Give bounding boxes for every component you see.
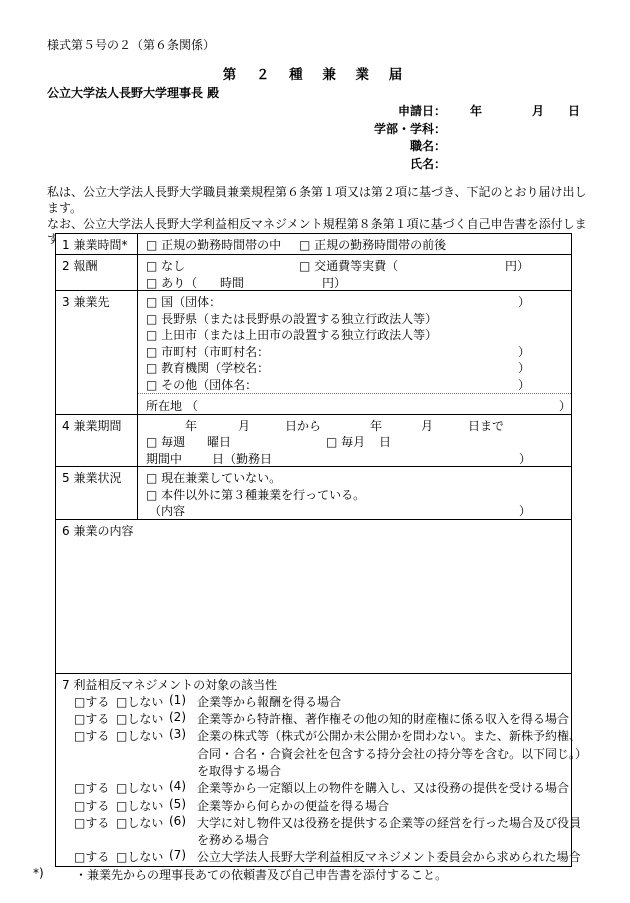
form-number: 様式第５号の２（第６条関係） bbox=[47, 36, 215, 53]
checkbox-option[interactable]: □しない bbox=[116, 814, 163, 831]
form-line: □ その他（団体名：） bbox=[138, 376, 571, 393]
table-row-4: 4 兼業期間年月日から年月日まで□ 毎週曜日□ 毎月日期間中日（勤務日） bbox=[56, 414, 571, 467]
text-segment: ） bbox=[519, 450, 531, 467]
checkbox-option[interactable]: □ 交通費等実費（ bbox=[299, 257, 398, 274]
text-segment: ） bbox=[518, 359, 530, 376]
row-content: □ 国（団体：）□ 長野県（または長野県の設置する独立行政法人等）□ 上田市（ま… bbox=[138, 291, 571, 414]
row-label: 3 兼業先 bbox=[56, 291, 138, 414]
form-line: □ 毎週曜日□ 毎月日 bbox=[138, 433, 571, 450]
checkbox-option[interactable]: □しない bbox=[116, 727, 163, 744]
checkbox-option[interactable]: □しない bbox=[116, 848, 163, 865]
checkbox-option[interactable]: □しない bbox=[116, 710, 163, 727]
checkbox-option[interactable]: □ 正規の勤務時間帯の前後 bbox=[299, 236, 446, 253]
row-content: □ 正規の勤務時間帯の中□ 正規の勤務時間帯の前後 bbox=[138, 234, 571, 254]
row-content: 7 利益相反マネジメントの対象の該当性□する□しない(1)企業等から報酬を得る場… bbox=[56, 674, 571, 866]
text-segment: 年 bbox=[370, 417, 382, 434]
text-segment: 公立大学法人長野大学利益相反マネジメント委員会から求められた場合 bbox=[197, 848, 581, 865]
text-segment: (4) bbox=[169, 779, 186, 793]
form-line: 年月日から年月日まで bbox=[138, 417, 571, 434]
text-segment: 年 bbox=[185, 417, 197, 434]
checkbox-option[interactable]: □ あり（ bbox=[146, 274, 197, 291]
text-segment: ） bbox=[518, 293, 530, 310]
form-line: 期間中日（勤務日） bbox=[138, 450, 571, 467]
form-line: □する□しない(3)企業の株式等（株式が公開か未公開かを問わない。また、新株予約… bbox=[56, 727, 571, 744]
text-segment: を取得する場合 bbox=[197, 762, 281, 779]
checkbox-option[interactable]: □しない bbox=[116, 797, 163, 814]
form-line: □する□しない(4)企業等から一定額以上の物件を購入し、又は役務の提供を受ける場… bbox=[56, 779, 571, 796]
text-segment: (1) bbox=[169, 693, 186, 707]
text-segment: 企業等から特許権、著作権その他の知的財産権に係る収入を得る場合 bbox=[197, 710, 569, 727]
addressee: 公立大学法人長野大学理事長 殿 bbox=[47, 84, 219, 101]
table-row-3: 3 兼業先□ 国（団体：）□ 長野県（または長野県の設置する独立行政法人等）□ … bbox=[56, 290, 571, 414]
form-line: □ なし□ 交通費等実費（円） bbox=[138, 257, 571, 274]
form-line: 合同・合名・合資会社を包含する持分会社の持分等を含む。以下同じ。） bbox=[56, 745, 571, 762]
checkbox-option[interactable]: □ 毎月 bbox=[326, 433, 365, 450]
checkbox-option[interactable]: □ 上田市（または上田市の設置する独立行政法人等） bbox=[146, 326, 437, 343]
date-year-label: 年 bbox=[470, 102, 482, 119]
form-line: □する□しない(6)大学に対し物件又は役務を提供する企業等の経営を行った場合及び… bbox=[56, 814, 571, 831]
text-segment: 日から bbox=[285, 417, 321, 434]
text-segment: ） bbox=[518, 343, 530, 360]
table-row-5: 5 兼業状況□ 現在兼業していない。□ 本件以外に第３種兼業を行っている。（内容… bbox=[56, 466, 571, 519]
text-segment: 大学に対し物件又は役務を提供する企業等の経営を行った場合及び役員 bbox=[197, 814, 581, 831]
row-content: 6 兼業の内容 bbox=[56, 520, 571, 673]
form-line: 7 利益相反マネジメントの対象の該当性 bbox=[56, 676, 571, 693]
text-segment: （内容 bbox=[149, 502, 185, 519]
form-line: □する□しない(7)公立大学法人長野大学利益相反マネジメント委員会から求められた… bbox=[56, 848, 571, 865]
application-date-line: 申請日： 年 月 日 bbox=[0, 102, 630, 120]
text-segment: ） bbox=[518, 376, 530, 393]
text-segment: 円） bbox=[322, 274, 346, 291]
checkbox-option[interactable]: □ 長野県（または長野県の設置する独立行政法人等） bbox=[146, 310, 437, 327]
checkbox-option[interactable]: □ なし bbox=[146, 257, 185, 274]
row-label: 2 報酬 bbox=[56, 255, 138, 290]
form-line: □ 上田市（または上田市の設置する独立行政法人等） bbox=[138, 326, 571, 343]
department-label: 学部・学科： bbox=[374, 120, 446, 137]
checkbox-option[interactable]: □ 本件以外に第３種兼業を行っている。 bbox=[146, 486, 365, 503]
text-segment: (7) bbox=[169, 848, 186, 862]
name-line: 氏名： bbox=[0, 155, 630, 173]
document-page: 様式第５号の２（第６条関係） 第 ２ 種 兼 業 届 公立大学法人長野大学理事長… bbox=[0, 0, 630, 903]
form-table: 1 兼業時間*□ 正規の勤務時間帯の中□ 正規の勤務時間帯の前後2 報酬□ なし… bbox=[55, 233, 572, 867]
table-row-2: 2 報酬□ なし□ 交通費等実費（円）□ あり（時間円） bbox=[56, 254, 571, 290]
checkbox-option[interactable]: □しない bbox=[116, 693, 163, 710]
form-line: 所在地 （） bbox=[138, 397, 571, 414]
text-segment: を務める場合 bbox=[197, 831, 269, 848]
text-segment: (6) bbox=[169, 814, 186, 828]
position-label: 職名： bbox=[410, 137, 446, 154]
text-segment: 企業等から何らかの便益を得る場合 bbox=[197, 797, 389, 814]
form-line: □ 国（団体：） bbox=[138, 293, 571, 310]
form-line: □ 本件以外に第３種兼業を行っている。 bbox=[138, 486, 571, 503]
intro-paragraph-1: 私は、公立大学法人長野大学職員兼業規程第６条第１項又は第２項に基づき、下記のとお… bbox=[47, 185, 587, 217]
text-segment: (2) bbox=[169, 710, 186, 724]
text-segment: 企業の株式等（株式が公開か未公開かを問わない。また、新株予約権、 bbox=[197, 727, 581, 744]
form-line: □する□しない(1)企業等から報酬を得る場合 bbox=[56, 693, 571, 710]
text-segment: 6 兼業の内容 bbox=[62, 522, 133, 539]
text-segment: 月 bbox=[421, 417, 433, 434]
text-segment: 曜日 bbox=[207, 433, 231, 450]
checkbox-option[interactable]: □する bbox=[74, 693, 109, 710]
date-month-label: 月 bbox=[532, 102, 544, 119]
row-label: 5 兼業状況 bbox=[56, 467, 138, 519]
checkbox-option[interactable]: □ 市町村（市町村名： bbox=[146, 343, 269, 360]
date-day-label: 日 bbox=[568, 102, 580, 119]
checkbox-option[interactable]: □する bbox=[74, 848, 109, 865]
row-content: □ なし□ 交通費等実費（円）□ あり（時間円） bbox=[138, 255, 571, 290]
text-segment: 円） bbox=[505, 257, 529, 274]
text-segment: 時間 bbox=[220, 274, 244, 291]
text-segment: ） bbox=[519, 502, 531, 519]
table-row-7: 7 利益相反マネジメントの対象の該当性□する□しない(1)企業等から報酬を得る場… bbox=[56, 673, 571, 866]
text-segment: 月 bbox=[238, 417, 250, 434]
table-row-6: 6 兼業の内容 bbox=[56, 519, 571, 673]
form-line: □ あり（時間円） bbox=[138, 274, 571, 291]
text-segment: 日 bbox=[379, 433, 391, 450]
checkbox-option[interactable]: □ 現在兼業していない。 bbox=[146, 469, 281, 486]
row-content: 年月日から年月日まで□ 毎週曜日□ 毎月日期間中日（勤務日） bbox=[138, 415, 571, 467]
department-line: 学部・学科： bbox=[0, 120, 630, 138]
footnote-marker: *) bbox=[33, 866, 44, 880]
checkbox-option[interactable]: □ 教育機関（学校名： bbox=[146, 359, 269, 376]
form-line: 6 兼業の内容 bbox=[56, 522, 571, 539]
application-date-label: 申請日： bbox=[398, 102, 446, 119]
text-segment: 所在地 （ bbox=[146, 397, 198, 414]
text-segment: 期間中 bbox=[146, 450, 182, 467]
text-segment: 日（勤務日 bbox=[212, 450, 272, 467]
checkbox-option[interactable]: □する bbox=[74, 797, 109, 814]
text-segment: (5) bbox=[169, 797, 186, 811]
position-line: 職名： bbox=[0, 137, 630, 155]
text-segment: 日まで bbox=[468, 417, 504, 434]
form-line: を務める場合 bbox=[56, 831, 571, 848]
text-segment: 企業等から一定額以上の物件を購入し、又は役務の提供を受ける場合 bbox=[197, 779, 569, 796]
text-segment: 合同・合名・合資会社を包含する持分会社の持分等を含む。以下同じ。） bbox=[197, 745, 587, 762]
checkbox-option[interactable]: □ 毎週 bbox=[146, 433, 185, 450]
form-line: □ 現在兼業していない。 bbox=[138, 469, 571, 486]
page-title: 第 ２ 種 兼 業 届 bbox=[0, 63, 630, 83]
table-row-1: 1 兼業時間*□ 正規の勤務時間帯の中□ 正規の勤務時間帯の前後 bbox=[56, 234, 571, 254]
checkbox-option[interactable]: □する bbox=[74, 779, 109, 796]
footnote-text: ・兼業先からの理事長あての依頼書及び自己申告書を添付すること。 bbox=[75, 866, 447, 883]
form-line: を取得する場合 bbox=[56, 762, 571, 779]
form-line: □する□しない(2)企業等から特許権、著作権その他の知的財産権に係る収入を得る場… bbox=[56, 710, 571, 727]
checkbox-option[interactable]: □しない bbox=[116, 779, 163, 796]
row-label: 1 兼業時間* bbox=[56, 234, 138, 254]
checkbox-option[interactable]: □ 正規の勤務時間帯の中 bbox=[146, 236, 281, 253]
checkbox-option[interactable]: □ その他（団体名： bbox=[146, 376, 257, 393]
applicant-fields: 申請日： 年 月 日 学部・学科： 職名： 氏名： bbox=[0, 102, 630, 172]
text-segment: (3) bbox=[169, 727, 186, 741]
text-segment: 7 利益相反マネジメントの対象の該当性 bbox=[62, 676, 277, 693]
checkbox-option[interactable]: □する bbox=[74, 814, 109, 831]
form-line: □ 教育機関（学校名：） bbox=[138, 359, 571, 376]
form-line: □する□しない(5)企業等から何らかの便益を得る場合 bbox=[56, 797, 571, 814]
text-segment: 企業等から報酬を得る場合 bbox=[197, 693, 341, 710]
form-line: □ 長野県（または長野県の設置する独立行政法人等） bbox=[138, 310, 571, 327]
checkbox-option[interactable]: □する bbox=[74, 710, 109, 727]
row-content: □ 現在兼業していない。□ 本件以外に第３種兼業を行っている。（内容） bbox=[138, 467, 571, 519]
checkbox-option[interactable]: □する bbox=[74, 727, 109, 744]
checkbox-option[interactable]: □ 国（団体： bbox=[146, 293, 221, 310]
row-label: 4 兼業期間 bbox=[56, 415, 138, 467]
form-line: （内容） bbox=[138, 502, 571, 519]
text-segment: ） bbox=[559, 397, 571, 414]
form-line: □ 正規の勤務時間帯の中□ 正規の勤務時間帯の前後 bbox=[138, 236, 571, 253]
name-label: 氏名： bbox=[410, 155, 446, 172]
form-line: □ 市町村（市町村名：） bbox=[138, 343, 571, 360]
